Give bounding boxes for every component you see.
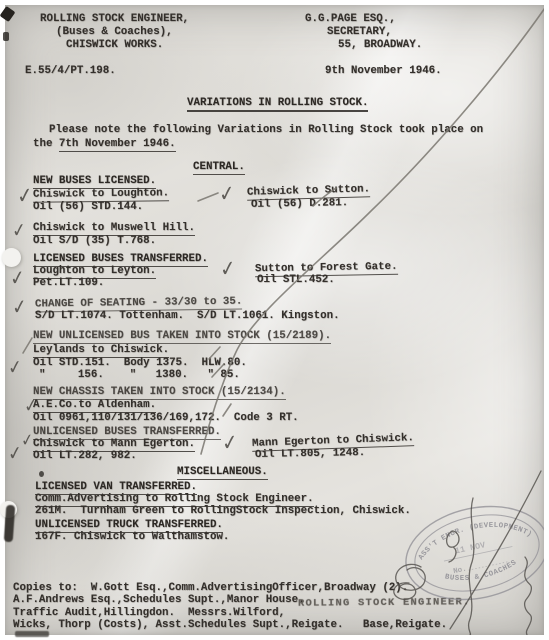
intro-line: the 7th November 1946. — [33, 138, 176, 150]
stock-line: Oil LT.282, 982. — [33, 450, 137, 462]
checkmark-icon: ✓ — [16, 183, 34, 210]
seating-entry: S/D LT.1074. Tottenham. — [35, 310, 184, 322]
sender-line: ROLLING STOCK ENGINEER, — [40, 13, 189, 25]
oval-stamp: ASS'T ENGR. (DEVELOPMENT) BUSES & COACHE… — [397, 494, 544, 612]
stock-line: Oil (56) D.281. — [251, 197, 348, 211]
checkmark-icon: ✓ — [11, 219, 28, 243]
signature-scribble — [525, 557, 532, 635]
route-line: Leylands to Chiswick. — [33, 344, 169, 358]
stock-line: " 156. " 1380. " 85. — [39, 369, 240, 381]
section-heading-central: CENTRAL. — [193, 161, 245, 175]
stock-line: Oil (56) STD.144. — [33, 201, 143, 213]
svg-text:ASS'T ENGR. (DEVELOPMENT): ASS'T ENGR. (DEVELOPMENT) — [413, 512, 534, 563]
checkmark-icon: ✓ — [20, 429, 35, 451]
seating-entry: S/D LT.1061. Kingston. — [197, 310, 340, 322]
oval-stamp-no-label: No. — [453, 566, 468, 577]
checkmark-icon: ✓ — [219, 256, 237, 283]
section-heading-miscellaneous: MISCELLANEOUS. — [177, 466, 268, 480]
checkmark-icon: ✓ — [9, 266, 27, 292]
copies-line: A.F.Andrews Esq.,Schedules Supt.,Manor H… — [13, 594, 305, 606]
checkmark-icon: ✓ — [7, 442, 24, 466]
route-line: A.E.Co.to Aldenham. — [33, 399, 156, 413]
stock-line: Oil S/D (35) T.768. — [33, 235, 156, 247]
pen-scribble — [447, 531, 459, 562]
stock-line: Oil STL.452. — [257, 274, 335, 286]
checkmark-icon: ✓ — [218, 181, 236, 208]
scan-blemish — [4, 505, 16, 543]
reference-number: E.55/4/PT.198. — [25, 65, 116, 77]
stock-line: Oil 0961,110/131/136/169,172. Code 3 RT. — [33, 412, 299, 424]
copies-line: Wicks, Thorp (Costs), Asst.Schedules Sup… — [13, 619, 447, 631]
oval-stamp-inner-ring — [408, 504, 544, 602]
oval-stamp-date: 11 NOV — [454, 540, 487, 556]
punch-hole — [2, 248, 21, 267]
oval-stamp-dotted-rule — [468, 561, 509, 570]
checkmark-icon: ✓ — [23, 394, 39, 417]
scanned-letter: ROLLING STOCK ENGINEER, (Buses & Coaches… — [0, 0, 549, 640]
detail-line: 261M. Turnham Green to RollingStock Insp… — [35, 505, 411, 517]
detail-line: 167F. Chiswick to Walthamstow. — [35, 531, 229, 543]
oval-stamp-outer-ring — [397, 494, 544, 612]
stock-line: Oil LT.805, 1248. — [255, 447, 365, 461]
scan-blemish — [0, 6, 15, 22]
pencil-tick — [198, 193, 218, 201]
subsection-heading: NEW BUSES LICENSED. — [33, 175, 156, 189]
letter-date: 9th November 1946. — [325, 65, 442, 77]
pencil-tick — [23, 338, 32, 353]
scan-blemish — [39, 471, 44, 477]
paper-background: ROLLING STOCK ENGINEER, (Buses & Coaches… — [5, 5, 544, 635]
recipient-line: SECRETARY, — [327, 26, 392, 38]
oval-stamp-top-text: ASS'T ENGR. (DEVELOPMENT) — [413, 512, 534, 563]
oval-stamp-bottom-text: BUSES & COACHES — [443, 558, 521, 589]
intro-line: Please note the following Variations in … — [49, 124, 483, 136]
checkmark-icon: ✓ — [221, 430, 239, 457]
route-line: Chiswick to Loughton. — [33, 187, 169, 202]
office-stamp: ROLLING STOCK ENGINEER. — [298, 596, 471, 610]
scan-blemish — [3, 32, 9, 41]
recipient-line: G.G.PAGE ESQ., — [305, 13, 396, 25]
recipient-line: 55, BROADWAY. — [338, 39, 422, 51]
checkmark-icon: ✓ — [11, 295, 29, 321]
stock-line: Pet.LT.109. — [33, 277, 104, 289]
copies-line: Copies to: W.Gott Esq.,Comm.AdvertisingO… — [13, 582, 408, 594]
effective-date: 7th November 1946. — [59, 138, 176, 152]
subsection-heading: NEW UNLICENSED BUS TAKEN INTO STOCK (15/… — [33, 330, 331, 344]
sender-line: (Buses & Coaches), — [56, 26, 173, 38]
oval-stamp-rule — [444, 546, 512, 561]
route-line: Chiswick to Muswell Hill. — [33, 222, 195, 236]
subsection-heading: NEW CHASSIS TAKEN INTO STOCK (15/2134). — [33, 386, 286, 400]
copies-line: Traffic Audit,Hillingdon. Messrs.Wilford… — [13, 607, 285, 619]
scan-blemish — [15, 631, 49, 637]
pen-scribble — [469, 498, 474, 635]
intro-prefix: the — [33, 138, 59, 150]
document-title: VARIATIONS IN ROLLING STOCK. — [187, 97, 368, 112]
sender-line: CHISWICK WORKS. — [66, 39, 163, 51]
checkmark-icon: ✓ — [7, 356, 24, 380]
svg-text:BUSES & COACHES: BUSES & COACHES — [443, 558, 521, 589]
stock-line: Oil STD.151. Body 1375. HLW.80. — [33, 357, 247, 369]
